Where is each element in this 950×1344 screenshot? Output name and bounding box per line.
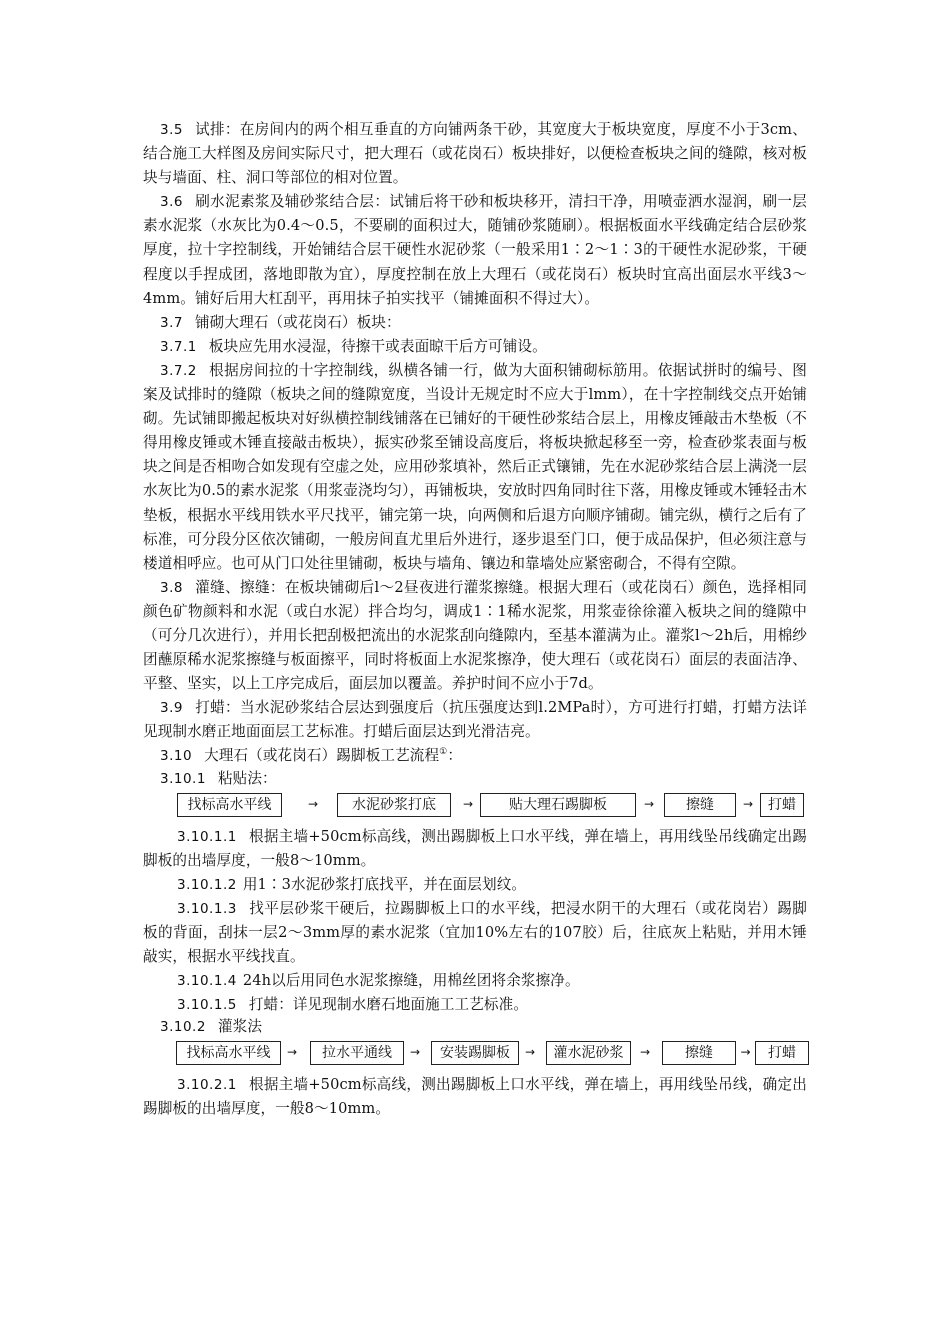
section-text: 刷水泥素浆及辅砂浆结合层：试铺后将干砂和板块移开，清扫干净，用喷壶洒水湿润，刷一… [143,193,807,306]
section-3-10-2-1: 3.10.2.1根据主墙+50cm标高线，测出踢脚板上口水平线，弹在墙上，再用线… [143,1073,807,1121]
section-text: 粘贴法： [218,770,277,787]
section-number: 3.6 [160,194,183,210]
section-text: 打蜡：当水泥砂浆结合层达到强度后（抗压强度达到l.2MPa时），方可进行打蜡，打… [143,699,807,740]
section-text: 24h以后用同色水泥浆擦缝，用棉丝团将余浆擦净。 [243,972,580,989]
flow-step: 擦缝 [662,1041,736,1065]
section-text: 灌缝、擦缝：在板块铺砌后l～2昼夜进行灌浆擦缝。根据大理石（或花岗石）颜色，选择… [143,579,807,692]
flowchart-paste-method: 找标高水平线 → 水泥砂浆打底 → 贴大理石踢脚板 → 擦缝 → 打蜡 [143,790,807,823]
section-text: 灌浆法 [218,1018,262,1035]
section-number: 3.7.2 [160,363,197,379]
section-number: 3.10.1 [160,771,206,787]
flow-step: 贴大理石踢脚板 [480,793,636,817]
section-3-10-1-4: 3.10.1.424h以后用同色水泥浆擦缝，用棉丝团将余浆擦净。 [143,969,807,993]
arrow-right-icon: → [736,793,760,815]
section-3-9: 3.9打蜡：当水泥砂浆结合层达到强度后（抗压强度达到l.2MPa时），方可进行打… [143,696,807,744]
section-3-10-1-3: 3.10.1.3找平层砂浆干硬后，拉踢脚板上口的水平线，把浸水阴干的大理石（或花… [143,897,807,969]
section-text: 试排：在房间内的两个相互垂直的方向铺两条干砂，其宽度大于板块宽度，厚度不小于3c… [143,121,807,186]
section-3-7-2: 3.7.2根据房间拉的十字控制线，纵横各铺一行，做为大面积铺砌标筋用。依据试拼时… [143,359,807,576]
section-number: 3.10.1.4 [177,973,237,989]
section-text: 铺砌大理石（或花岗石）板块： [195,314,401,331]
section-3-10-1: 3.10.1粘贴法： [143,769,807,789]
section-text: 根据主墙+50cm标高线，测出踢脚板上口水平线，弹在墙上，再用线坠吊线，确定出踢… [143,1076,807,1117]
arrow-right-icon: → [640,1041,650,1063]
section-3-10-2: 3.10.2灌浆法 [143,1017,807,1037]
flow-step: 安装踢脚板 [431,1041,519,1065]
section-number: 3.7 [160,315,183,331]
document-page: 3.5试排：在房间内的两个相互垂直的方向铺两条干砂，其宽度大于板块宽度，厚度不小… [143,118,807,1121]
section-number: 3.10.1.3 [177,901,237,917]
section-number: 3.10.1.2 [177,877,237,893]
section-3-6: 3.6刷水泥素浆及辅砂浆结合层：试铺后将干砂和板块移开，清扫干净，用喷壶洒水湿润… [143,190,807,310]
section-number: 3.9 [160,700,183,716]
section-text: 大理石（或花岗石）踢脚板工艺流程 [204,747,439,764]
arrow-right-icon: → [525,1041,535,1063]
section-text: 板块应先用水浸湿，待擦干或表面晾干后方可铺设。 [209,338,547,355]
flow-step: 找标高水平线 [177,793,282,817]
arrow-right-icon: → [308,793,318,815]
flow-step: 灌水泥砂浆 [546,1041,631,1065]
arrow-right-icon: → [463,793,473,815]
section-3-10: 3.10大理石（或花岗石）踢脚板工艺流程①： [143,744,807,768]
section-text: 根据房间拉的十字控制线，纵横各铺一行，做为大面积铺砌标筋用。依据试拼时的编号、图… [143,362,807,572]
arrow-right-icon: → [287,1041,297,1063]
section-3-10-1-5: 3.10.1.5打蜡：详见现制水磨石地面施工工艺标准。 [143,993,807,1017]
section-3-5: 3.5试排：在房间内的两个相互垂直的方向铺两条干砂，其宽度大于板块宽度，厚度不小… [143,118,807,190]
flow-step: 打蜡 [760,793,804,817]
section-3-8: 3.8灌缝、擦缝：在板块铺砌后l～2昼夜进行灌浆擦缝。根据大理石（或花岗石）颜色… [143,576,807,696]
flowchart-grouting-method: 找标高水平线 → 拉水平通线 → 安装踢脚板 → 灌水泥砂浆 → 擦缝 → 打蜡 [143,1038,807,1071]
section-number: 3.10 [160,748,192,764]
section-3-7-1: 3.7.1板块应先用水浸湿，待擦干或表面晾干后方可铺设。 [143,335,807,359]
section-text: 根据主墙+50cm标高线，测出踢脚板上口水平线，弹在墙上，再用线坠吊线确定出踢脚… [143,828,807,869]
arrow-right-icon: → [644,793,654,815]
flow-step: 打蜡 [755,1041,809,1065]
section-text: 用1∶3水泥砂浆打底找平，并在面层划纹。 [243,876,526,893]
section-number: 3.10.2.1 [177,1077,237,1093]
section-number: 3.10.2 [160,1019,206,1035]
section-number: 3.7.1 [160,339,197,355]
arrow-right-icon: → [410,1041,420,1063]
arrow-right-icon: → [736,1041,755,1063]
section-number: 3.8 [160,580,183,596]
section-number: 3.10.1.5 [177,997,237,1013]
flow-step: 找标高水平线 [176,1041,281,1065]
section-3-7: 3.7铺砌大理石（或花岗石）板块： [143,311,807,335]
section-number: 3.10.1.1 [177,829,237,845]
flow-step: 拉水平通线 [310,1041,404,1065]
section-3-10-1-1: 3.10.1.1根据主墙+50cm标高线，测出踢脚板上口水平线，弹在墙上，再用线… [143,825,807,873]
section-text: 打蜡：详见现制水磨石地面施工工艺标准。 [249,996,528,1013]
flow-step: 水泥砂浆打底 [337,793,451,817]
flow-step: 擦缝 [664,793,736,817]
section-text-tail: ： [447,747,462,764]
section-3-10-1-2: 3.10.1.2用1∶3水泥砂浆打底找平，并在面层划纹。 [143,873,807,897]
section-number: 3.5 [160,122,183,138]
section-text: 找平层砂浆干硬后，拉踢脚板上口的水平线，把浸水阴干的大理石（或花岗岩）踢脚板的背… [143,900,807,965]
